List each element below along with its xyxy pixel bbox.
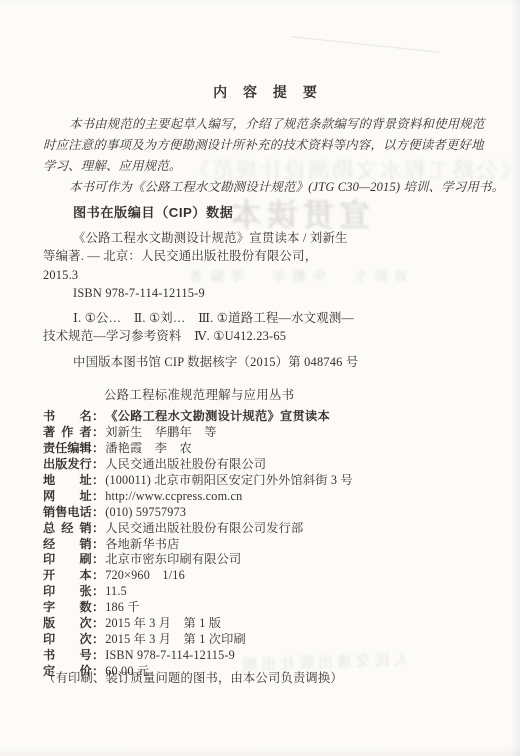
- colophon-label: 销售电话: [43, 503, 92, 520]
- colophon-row: 出版发行：人民交通出版社股份有限公司: [43, 455, 498, 471]
- colophon-colon: ：: [92, 582, 104, 599]
- colophon-label: 责任编辑: [43, 439, 92, 456]
- colophon-value: http://www.ccpress.com.cn: [105, 489, 242, 504]
- colophon-colon: ：: [92, 487, 104, 504]
- colophon-row: 印 刷：北京市密东印刷有限公司: [43, 550, 498, 566]
- abstract-line: 本书可作为《公路工程水文勘测设计规范》(JTG C30—2015) 培训、学习用…: [43, 177, 493, 198]
- colophon-value: 《公路工程水文勘测设计规范》宣贯读本: [105, 407, 330, 424]
- colophon-value: (100011) 北京市朝阳区安定门外外馆斜街 3 号: [105, 471, 353, 488]
- colophon-colon: ：: [92, 614, 104, 631]
- colophon-value: 北京市密东印刷有限公司: [105, 550, 241, 567]
- cip-heading: 图书在版编目（CIP）数据: [43, 202, 493, 221]
- cip-line: Ⅰ. ①公… Ⅱ. ①刘… Ⅲ. ①道路工程—水文观测—: [43, 309, 493, 327]
- colophon-label: 著 作 者: [43, 423, 92, 440]
- colophon-colon: ：: [92, 503, 104, 520]
- colophon-row: 印 张：11.5: [43, 582, 498, 598]
- colophon-colon: ：: [92, 646, 104, 663]
- cip-section: 图书在版编目（CIP）数据 《公路工程水文勘测设计规范》宣贯读本 / 刘新生等编…: [43, 202, 493, 371]
- colophon-label: 经 销: [43, 535, 92, 552]
- colophon-label: 书 号: [43, 646, 92, 663]
- colophon-colon: ：: [92, 630, 104, 647]
- abstract-body: 本书由规范的主要起草人编写，介绍了规范条款编写的背景资料和使用规范时应注意的事项…: [43, 114, 493, 198]
- colophon-value: 2015 年 3 月 第 1 版: [105, 614, 221, 631]
- colophon-colon: ：: [92, 439, 104, 456]
- colophon-colon: ：: [92, 566, 104, 583]
- colophon-label: 出版发行: [43, 455, 92, 472]
- colophon-row: 地 址：(100011) 北京市朝阳区安定门外外馆斜街 3 号: [43, 471, 498, 487]
- colophon-row: 总 经 销：人民交通出版社股份有限公司发行部: [43, 519, 498, 535]
- colophon-row: 开 本：720×960 1/16: [43, 566, 498, 582]
- colophon-value: 2015 年 3 月 第 1 次印刷: [105, 630, 246, 647]
- abstract-line: 学习、理解、应用规范。: [43, 156, 493, 177]
- colophon-colon: ：: [92, 407, 104, 424]
- cip-line: 《公路工程水文勘测设计规范》宣贯读本 / 刘新生: [43, 229, 493, 247]
- colophon-label: 版 次: [43, 614, 92, 631]
- scan-scratch-artifact: [290, 36, 439, 53]
- abstract-section: 内 容 提 要 本书由规范的主要起草人编写，介绍了规范条款编写的背景资料和使用规…: [43, 82, 493, 198]
- colophon-row: 销售电话：(010) 59757973: [43, 503, 498, 519]
- colophon-colon: ：: [92, 550, 104, 567]
- colophon-label: 网 址: [43, 487, 92, 504]
- colophon-colon: ：: [92, 455, 104, 472]
- colophon-label: 开 本: [43, 566, 92, 583]
- cip-line: ISBN 978-7-114-12115-9: [43, 284, 493, 302]
- cip-line: 等编著. — 北京：人民交通出版社股份有限公司，: [43, 247, 493, 265]
- cip-line: 技术规范—学习参考资料 Ⅳ. ①U412.23-65: [43, 327, 493, 345]
- quality-notice: （有印刷、装订质量问题的图书，由本公司负责调换）: [43, 668, 343, 686]
- cip-line: 2015.3: [43, 266, 493, 284]
- abstract-line: 时应注意的事项及为方便勘测设计所补充的技术资料等内容，以方便读者更好地: [43, 135, 493, 156]
- abstract-title: 内 容 提 要: [43, 82, 493, 102]
- colophon-value: (010) 59757973: [105, 505, 186, 520]
- colophon-label: 总 经 销: [43, 519, 92, 536]
- colophon-label: 书 名: [43, 407, 92, 424]
- colophon-value: 人民交通出版社股份有限公司发行部: [105, 519, 303, 536]
- colophon-label: 印 次: [43, 630, 92, 647]
- colophon-row: 印 次：2015 年 3 月 第 1 次印刷: [43, 630, 498, 646]
- colophon-value: ISBN 978-7-114-12115-9: [105, 648, 235, 663]
- colophon-row: 书 号：ISBN 978-7-114-12115-9: [43, 646, 498, 662]
- colophon-value: 各地新华书店: [105, 535, 179, 552]
- colophon-row: 网 址：http://www.ccpress.com.cn: [43, 487, 498, 503]
- colophon-value: 11.5: [105, 584, 127, 599]
- colophon-colon: ：: [92, 535, 104, 552]
- colophon-value: 潘艳霞 李 农: [105, 439, 192, 456]
- colophon-value: 刘新生 华鹏年 等: [105, 423, 217, 440]
- colophon-value: 人民交通出版社股份有限公司: [105, 455, 266, 472]
- colophon-row: 书 名：《公路工程水文勘测设计规范》宣贯读本: [43, 407, 498, 423]
- colophon-rows: 书 名：《公路工程水文勘测设计规范》宣贯读本著 作 者：刘新生 华鹏年 等责任编…: [43, 407, 498, 678]
- colophon-label: 地 址: [43, 471, 92, 488]
- colophon-label: 字 数: [43, 598, 92, 615]
- colophon-value: 720×960 1/16: [105, 566, 185, 583]
- colophon-row: 责任编辑：潘艳霞 李 农: [43, 439, 498, 455]
- abstract-line: 本书由规范的主要起草人编写，介绍了规范条款编写的背景资料和使用规范: [43, 114, 493, 135]
- colophon-row: 版 次：2015 年 3 月 第 1 版: [43, 614, 498, 630]
- colophon-colon: ：: [92, 423, 104, 440]
- colophon-section: 公路工程标准规范理解与应用丛书 书 名：《公路工程水文勘测设计规范》宣贯读本著 …: [43, 388, 498, 678]
- colophon-row: 著 作 者：刘新生 华鹏年 等: [43, 423, 498, 439]
- series-title: 公路工程标准规范理解与应用丛书: [43, 388, 498, 403]
- colophon-label: 印 刷: [43, 550, 92, 567]
- cip-line: 中国版本图书馆 CIP 数据核字（2015）第 048746 号: [43, 353, 493, 371]
- colophon-row: 经 销：各地新华书店: [43, 535, 498, 551]
- colophon-value: 186 千: [105, 598, 140, 615]
- book-copyright-page: 《公路工程水文勘测设计规范》 宣贯读本 刘新生 华鹏年 等编著 人民交通出版社出…: [0, 0, 520, 756]
- cip-body: 《公路工程水文勘测设计规范》宣贯读本 / 刘新生等编著. — 北京：人民交通出版…: [43, 229, 493, 371]
- colophon-label: 印 张: [43, 582, 92, 599]
- colophon-colon: ：: [92, 598, 104, 615]
- colophon-colon: ：: [92, 471, 104, 488]
- colophon-colon: ：: [92, 519, 104, 536]
- colophon-row: 字 数：186 千: [43, 598, 498, 614]
